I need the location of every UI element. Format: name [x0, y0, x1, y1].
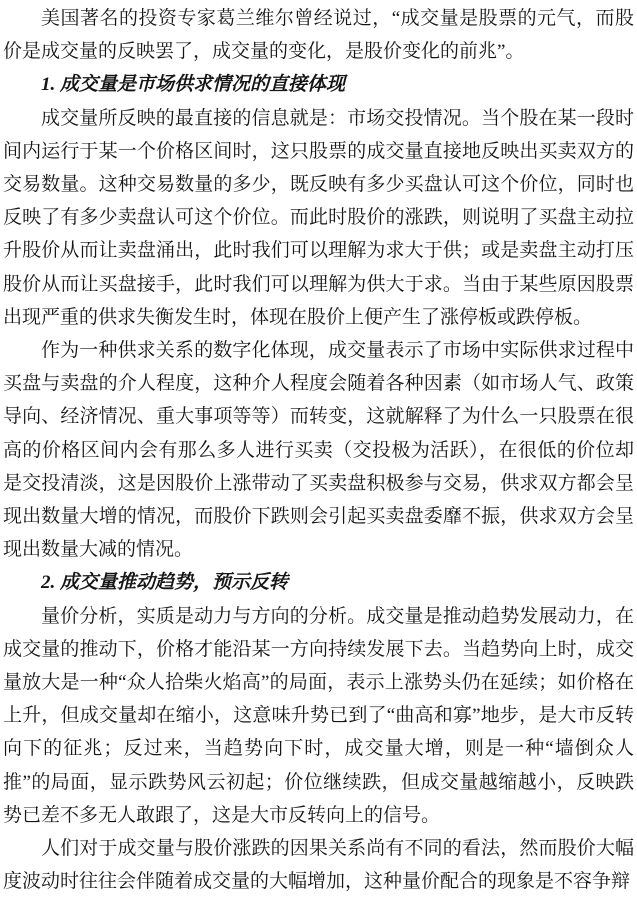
- paragraph-digital-expression: 作为一种供求关系的数字化体现，成交量表示了市场中实际供求过程中买盘与卖盘的介人程…: [3, 334, 634, 566]
- paragraph-trend-analysis: 量价分析，实质是动力与方向的分析。成交量是推动趋势发展动力，在成交量的推动下，价…: [3, 600, 634, 832]
- paragraph-volume-price-relation: 人们对于成交量与股价涨跌的因果关系尚有不同的看法，然而股价大幅度波动时往往会伴随…: [3, 832, 634, 898]
- section-heading-2: 2. 成交量推动趋势，预示反转: [3, 566, 634, 599]
- section-heading-1: 1. 成交量是市场供求情况的直接体现: [3, 68, 634, 101]
- document-page: 美国著名的投资专家葛兰维尔曾经说过，“成交量是股票的元气，而股价是成交量的反映罢…: [0, 0, 637, 898]
- intro-paragraph: 美国著名的投资专家葛兰维尔曾经说过，“成交量是股票的元气，而股价是成交量的反映罢…: [3, 2, 634, 68]
- paragraph-supply-demand: 成交量所反映的最直接的信息就是：市场交投情况。当个股在某一段时间内运行于某一个价…: [3, 102, 634, 334]
